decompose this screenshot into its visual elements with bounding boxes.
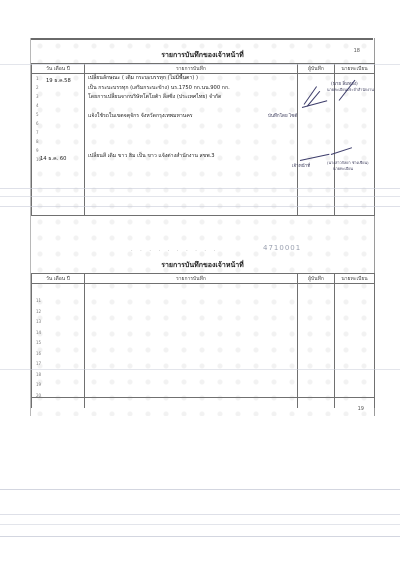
registrar-column: (นาย ลิ่มทอง) นายทะเบียนประจำสำนักงาน (น… [335,74,375,217]
record-entry-1: เปลี่ยนลักษณะ ( เดิม กระบะบรรทุก (ไม่มีพ… [85,74,230,122]
entry-line: เป็น กระบะบรรทุก (เสริมกระบะข้าง) นร.175… [85,84,230,94]
entry-line: แจ้งใช้รถในเขตจตุจักร จังหวัดกรุงเทพมหาน… [85,112,230,122]
recorder-column [298,284,335,409]
row-number: 18 [36,370,84,381]
header-registrar: นายทะเบียน [335,64,375,74]
row-number: 5 [36,110,84,119]
registrar-signature-icon [331,147,352,155]
row-number-list: 1 2 3 4 5 6 7 8 9 10 [32,74,84,164]
row-number: 7 [36,128,84,137]
header-registrar: นายทะเบียน [335,274,375,284]
row-number: 15 [36,338,84,349]
row-number-list: 11 12 13 14 15 16 17 18 19 20 [32,284,84,401]
row-number: 16 [36,349,84,360]
scan-artifact-line [0,196,400,197]
page-number: 18 [354,48,360,54]
section-title: รายการบันทึกของเจ้าหน้าที่ [31,260,374,271]
section-1-bottom-border [31,215,374,216]
header-date: วัน เดือน ปี [32,274,85,284]
header-entry: รายการบันทึก [85,64,298,74]
entry-column [85,284,298,409]
section-title: รายการบันทึกของเจ้าหน้าที่ [31,50,374,61]
row-number: 8 [36,137,84,146]
row-number: 9 [36,146,84,155]
scan-artifact-line [0,64,400,65]
row-number: 11 [36,296,84,307]
entry-date: 14 ธ.ค. 60 [40,155,66,163]
scan-artifact-line [0,489,400,490]
scan-artifact-line [0,206,400,207]
registrar-title: นายทะเบียน [333,166,353,172]
serial-number: 4710001 [263,244,301,252]
record-table-2: วัน เดือน ปี รายการบันทึก ผู้บันทึก นายท… [31,273,375,408]
registration-record-page: รายการบันทึกของเจ้าหน้าที่ 18 วัน เดือน … [30,38,375,416]
row-number: 6 [36,119,84,128]
table-body-row: 1 2 3 4 5 6 7 8 9 10 19 ธ.ค.58 14 ธ.ค. 6… [32,74,375,217]
scan-artifact-line [0,536,400,537]
record-table-1: วัน เดือน ปี รายการบันทึก ผู้บันทึก นายท… [31,63,375,216]
entry-line: เปลี่ยนสี เดิม ขาว ฮิม เป็น ขาว แจ้งต่าง… [85,152,215,162]
scan-artifact-line [0,369,400,370]
registrar-column [335,284,375,409]
registrar-title: นายทะเบียนประจำสำนักงาน [327,87,374,93]
header-recorder: ผู้บันทึก [298,64,335,74]
date-column: 1 2 3 4 5 6 7 8 9 10 19 ธ.ค.58 14 ธ.ค. 6… [32,74,85,217]
entry-column: เปลี่ยนลักษณะ ( เดิม กระบะบรรทุก (ไม่มีพ… [85,74,298,217]
entry-date: 19 ธ.ค.58 [46,77,71,85]
scan-artifact-line [0,524,400,525]
row-number: 12 [36,307,84,318]
recorder-note: เจ้าหน้าที่ [292,162,310,169]
table-header-row: วัน เดือน ปี รายการบันทึก ผู้บันทึก นายท… [32,274,375,284]
recorder-column: บันทึกโดย ไซต์ เจ้าหน้าที่ [298,74,335,217]
scan-artifact-line [0,188,400,189]
table-body-row: 11 12 13 14 15 16 17 18 19 20 [32,284,375,409]
row-number: 19 [36,380,84,391]
entry-line: เปลี่ยนลักษณะ ( เดิม กระบะบรรทุก (ไม่มีพ… [85,74,230,84]
scan-artifact-line [0,514,400,515]
recorder-note: บันทึกโดย ไซต์ [268,112,297,119]
date-column: 11 12 13 14 15 16 17 18 19 20 [32,284,85,409]
page-number: 19 [358,406,364,412]
row-number: 20 [36,391,84,402]
perforation-dots: · · · · · · · · · · [131,248,218,254]
recorder-signature-icon [300,154,330,161]
header-recorder: ผู้บันทึก [298,274,335,284]
header-entry: รายการบันทึก [85,274,298,284]
section-2-bottom-border [31,397,374,398]
entry-line [85,103,230,113]
row-number: 4 [36,101,84,110]
row-number: 3 [36,92,84,101]
header-date: วัน เดือน ปี [32,64,85,74]
official-record-section-2: · · · · · · · · · · 4710001 รายการบันทึก… [31,256,374,416]
row-number: 17 [36,359,84,370]
row-number: 14 [36,328,84,339]
record-entry-2: เปลี่ยนสี เดิม ขาว ฮิม เป็น ขาว แจ้งต่าง… [85,152,215,162]
row-number: 13 [36,317,84,328]
entry-line: โดยการเปลี่ยนจากบริษัทโตโยต้า ลีสซิ่ง (ป… [85,93,230,103]
table-header-row: วัน เดือน ปี รายการบันทึก ผู้บันทึก นายท… [32,64,375,74]
